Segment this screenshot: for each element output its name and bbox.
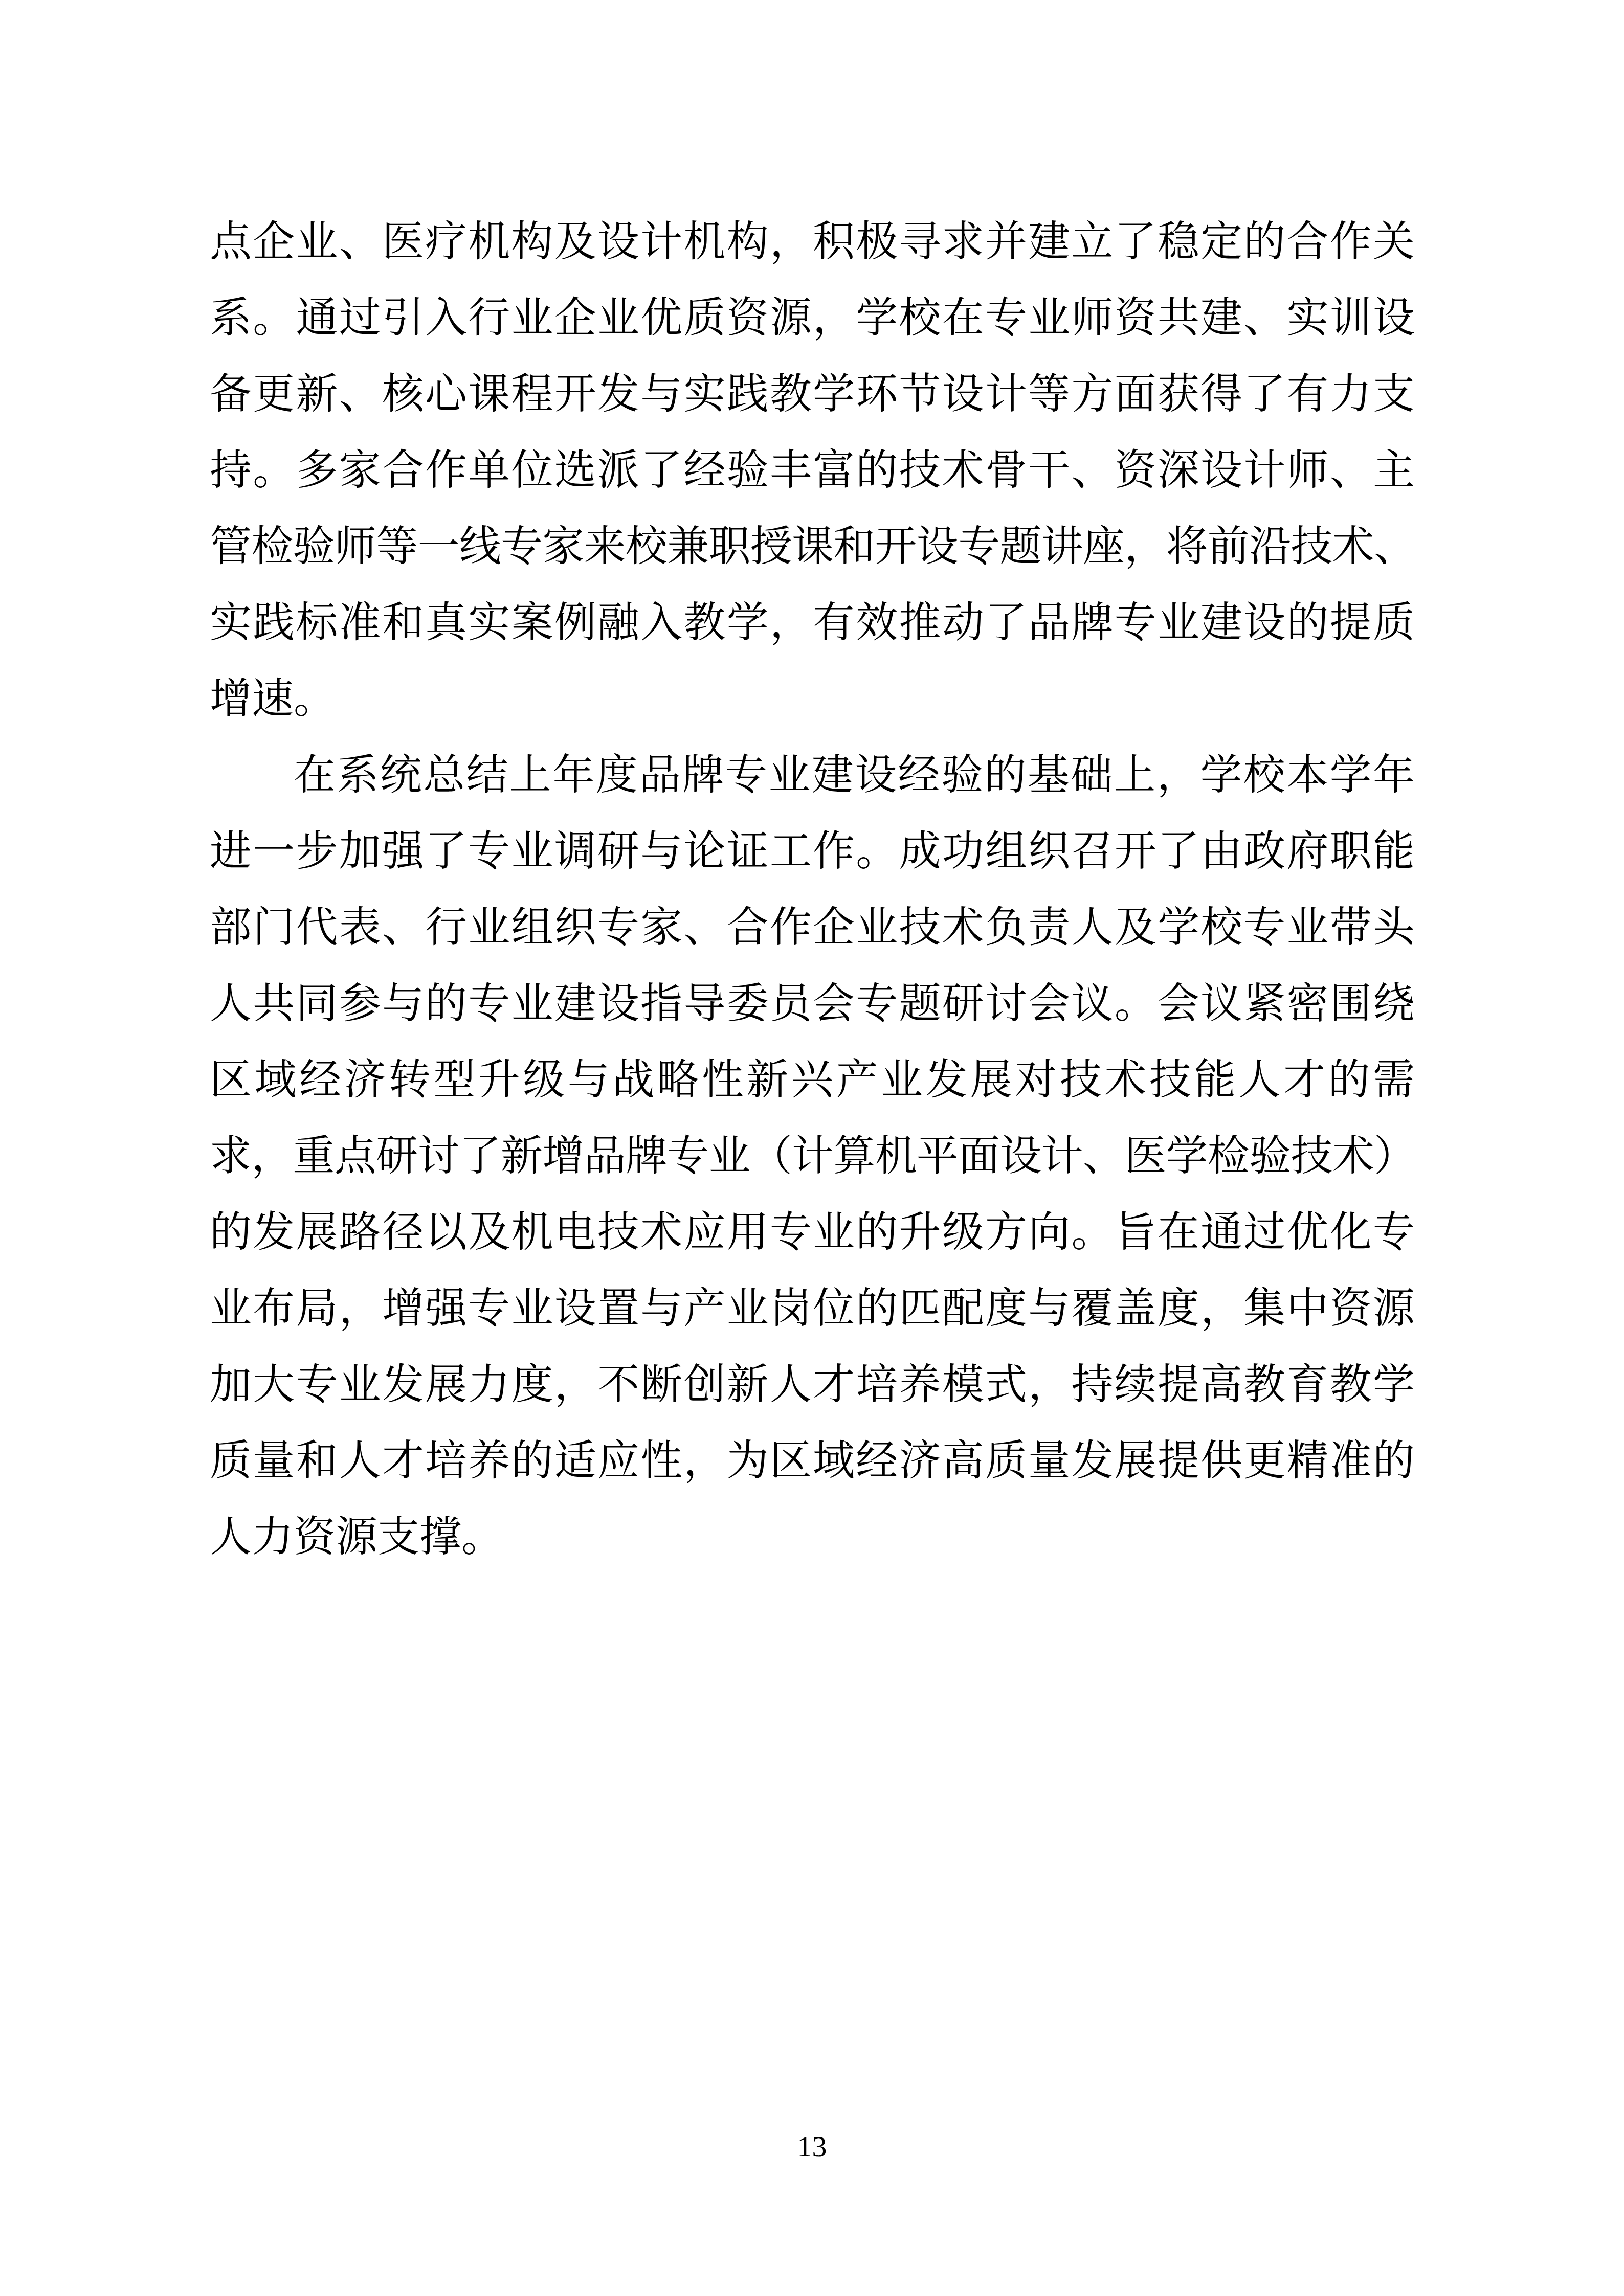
text-line: 进一步加强了专业调研与论证工作。成功组织召开了由政府职能 xyxy=(210,813,1415,889)
text-line: 部门代表、行业组织专家、合作企业技术负责人及学校专业带头 xyxy=(210,889,1415,965)
text-line: 实践标准和真实案例融入教学，有效推动了品牌专业建设的提质 xyxy=(210,584,1415,661)
text-line: 持。多家合作单位选派了经验丰富的技术骨干、资深设计师、主 xyxy=(210,432,1415,508)
text-line: 人力资源支撑。 xyxy=(210,1499,1415,1575)
text-block: 点企业、医疗机构及设计机构，积极寻求并建立了稳定的合作关 系。通过引入行业企业优… xyxy=(210,204,1415,1575)
page-number: 13 xyxy=(0,2126,1624,2167)
text-line: 业布局，增强专业设置与产业岗位的匹配度与覆盖度，集中资源 xyxy=(210,1270,1415,1346)
paragraph: 在系统总结上年度品牌专业建设经验的基础上，学校本学年 进一步加强了专业调研与论证… xyxy=(210,737,1415,1575)
text-line: 的发展路径以及机电技术应用专业的升级方向。旨在通过优化专 xyxy=(210,1194,1415,1270)
text-line: 区域经济转型升级与战略性新兴产业发展对技术技能人才的需 xyxy=(210,1042,1415,1118)
text-line: 备更新、核心课程开发与实践教学环节设计等方面获得了有力支 xyxy=(210,356,1415,432)
text-line: 质量和人才培养的适应性，为区域经济高质量发展提供更精准的 xyxy=(210,1423,1415,1499)
text-line: 点企业、医疗机构及设计机构，积极寻求并建立了稳定的合作关 xyxy=(210,204,1415,280)
text-line: 加大专业发展力度，不断创新人才培养模式，持续提高教育教学 xyxy=(210,1346,1415,1423)
text-line: 在系统总结上年度品牌专业建设经验的基础上，学校本学年 xyxy=(210,737,1415,813)
text-line: 人共同参与的专业建设指导委员会专题研讨会议。会议紧密围绕 xyxy=(210,965,1415,1042)
text-line: 求，重点研讨了新增品牌专业（计算机平面设计、医学检验技术） xyxy=(210,1118,1415,1194)
document-page: 点企业、医疗机构及设计机构，积极寻求并建立了稳定的合作关 系。通过引入行业企业优… xyxy=(0,0,1624,2296)
text-line: 系。通过引入行业企业优质资源，学校在专业师资共建、实训设 xyxy=(210,280,1415,356)
text-line: 增速。 xyxy=(210,661,1415,737)
paragraph: 点企业、医疗机构及设计机构，积极寻求并建立了稳定的合作关 系。通过引入行业企业优… xyxy=(210,204,1415,737)
text-line: 管检验师等一线专家来校兼职授课和开设专题讲座，将前沿技术、 xyxy=(210,508,1415,584)
